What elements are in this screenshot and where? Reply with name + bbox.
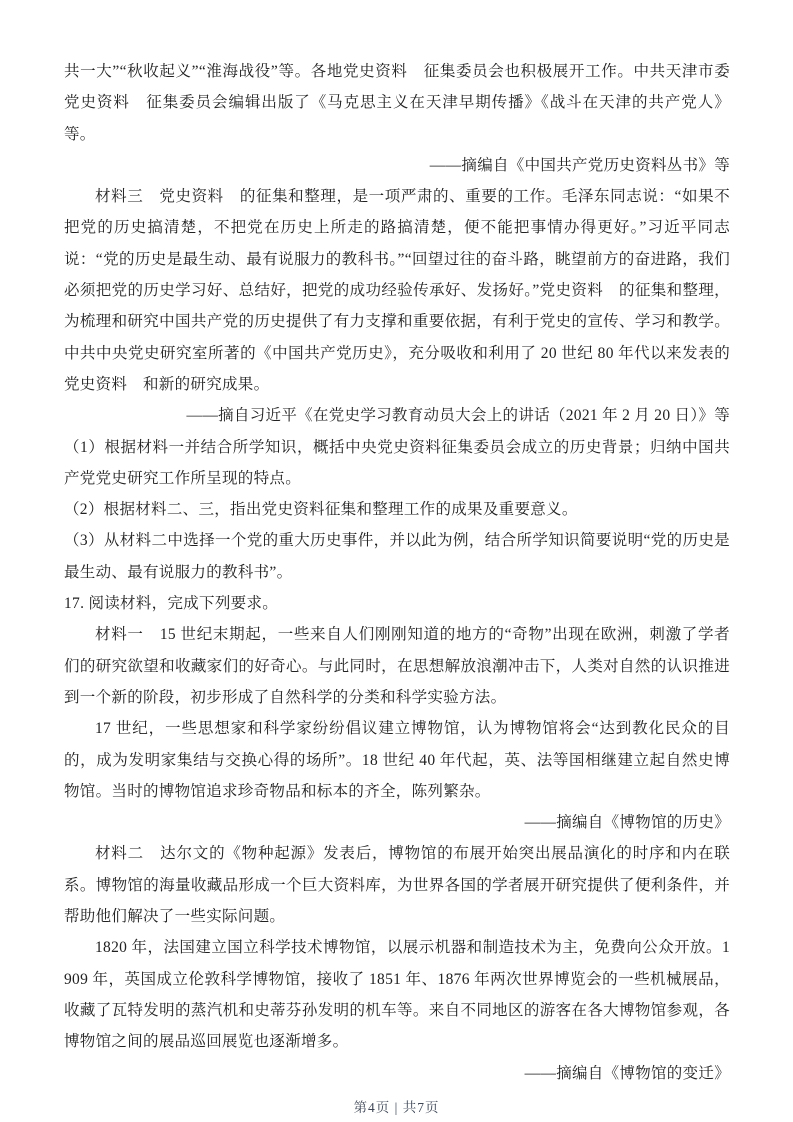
material-three-paragraph: 材料三 党史资料 的征集和整理，是一项严肃的、重要的工作。毛泽东同志说：“如果不… [64, 181, 730, 400]
material-two-paragraph: 材料二 达尔文的《物种起源》发表后，博物馆的布展开始突出展品演化的时序和内在联系… [64, 838, 730, 932]
document-page: 共一大”“秋收起义”“淮海战役”等。各地党史资料 征集委员会也积极展开工作。中共… [0, 0, 793, 1122]
attribution-line: ——摘编自《博物馆的变迁》 [64, 1058, 730, 1089]
question-item-1: （1）根据材料一并结合所学知识，概括中央党史资料征集委员会成立的历史背景；归纳中… [64, 432, 730, 495]
attribution-line: ——摘编自《中国共产党历史资料丛书》等 [64, 150, 730, 181]
attribution-line: ——摘自习近平《在党史学习教育动员大会上的讲话（2021 年 2 月 20 日）… [64, 400, 730, 431]
page-body: 共一大”“秋收起义”“淮海战役”等。各地党史资料 征集委员会也积极展开工作。中共… [64, 56, 730, 1089]
material-one-paragraph: 材料一 15 世纪末期起，一些来自人们刚刚知道的地方的“奇物”出现在欧洲，刺激了… [64, 619, 730, 713]
page-footer: 第4页 | 共7页 [0, 1096, 793, 1116]
question-item-2: （2）根据材料二、三，指出党史资料征集和整理工作的成果及重要意义。 [64, 494, 730, 525]
question-item-3: （3）从材料二中选择一个党的重大历史事件，并以此为例，结合所学知识简要说明“党的… [64, 525, 730, 588]
material-one-paragraph-2: 17 世纪，一些思想家和科学家纷纷倡议建立博物馆，认为博物馆将会“达到教化民众的… [64, 713, 730, 807]
material-two-paragraph-2: 1820 年，法国建立国立科学技术博物馆，以展示机器和制造技术为主，免费向公众开… [64, 932, 730, 1057]
paragraph-continuation: 共一大”“秋收起义”“淮海战役”等。各地党史资料 征集委员会也积极展开工作。中共… [64, 56, 730, 150]
question-17-stem: 17. 阅读材料，完成下列要求。 [64, 588, 730, 619]
attribution-line: ——摘编自《博物馆的历史》 [64, 807, 730, 838]
